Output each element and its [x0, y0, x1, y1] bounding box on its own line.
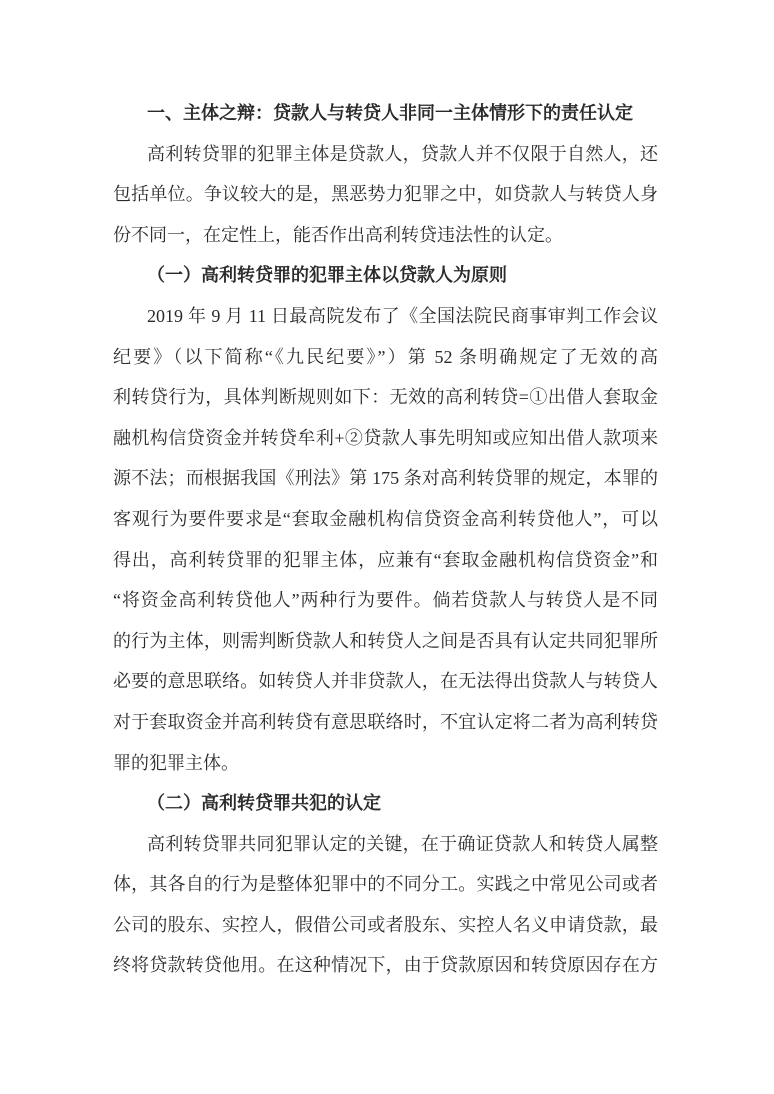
text-line: 客观行为要件要求是“套取金融机构信贷资金高利转贷他人”，可以 — [113, 499, 658, 540]
text-line: 包括单位。争议较大的是，黑恶势力犯罪之中，如贷款人与转贷人身 — [113, 174, 658, 215]
text-line: 得出，高利转贷罪的犯罪主体，应兼有“套取金融机构信贷资金”和 — [113, 540, 658, 581]
text-line: 利转贷行为，具体判断规则如下：无效的高利转贷=①出借人套取金 — [113, 377, 658, 418]
text-line: 份不同一，在定性上，能否作出高利转贷违法性的认定。 — [113, 215, 658, 256]
text-line: 的行为主体，则需判断贷款人和转贷人之间是否具有认定共同犯罪所 — [113, 621, 658, 662]
section-heading-1: （一）高利转贷罪的犯罪主体以贷款人为原则 — [113, 255, 658, 296]
section-heading-2: （二）高利转贷罪共犯的认定 — [113, 783, 658, 824]
text-line: 体，其各自的行为是整体犯罪中的不同分工。实践之中常见公司或者 — [113, 864, 658, 905]
text-line: 高利转贷罪的犯罪主体是贷款人，贷款人并不仅限于自然人，还 — [113, 134, 658, 175]
text-line: 2019 年 9 月 11 日最高院发布了《全国法院民商事审判工作会议 — [113, 296, 658, 337]
text-line: 必要的意思联络。如转贷人并非贷款人，在无法得出贷款人与转贷人 — [113, 661, 658, 702]
text-line: 终将贷款转贷他用。在这种情况下，由于贷款原因和转贷原因存在方 — [113, 945, 658, 986]
text-line: 高利转贷罪共同犯罪认定的关键，在于确证贷款人和转贷人属整 — [113, 824, 658, 865]
text-line: 公司的股东、实控人，假借公司或者股东、实控人名义申请贷款，最 — [113, 905, 658, 946]
document-text-block: 一、主体之辩：贷款人与转贷人非同一主体情形下的责任认定 高利转贷罪的犯罪主体是贷… — [113, 93, 658, 986]
text-line: 罪的犯罪主体。 — [113, 743, 658, 784]
text-line: 纪要》（以下简称“《九民纪要》”）第 52 条明确规定了无效的高 — [113, 337, 658, 378]
text-line: 对于套取资金并高利转贷有意思联络时，不宜认定将二者为高利转贷 — [113, 702, 658, 743]
text-line: 融机构信贷资金并转贷牟利+②贷款人事先明知或应知出借人款项来 — [113, 418, 658, 459]
text-line: 源不法；而根据我国《刑法》第 175 条对高利转贷罪的规定，本罪的 — [113, 458, 658, 499]
document-title: 一、主体之辩：贷款人与转贷人非同一主体情形下的责任认定 — [113, 93, 658, 134]
text-line: “将资金高利转贷他人”两种行为要件。倘若贷款人与转贷人是不同 — [113, 580, 658, 621]
document-page: 一、主体之辩：贷款人与转贷人非同一主体情形下的责任认定 高利转贷罪的犯罪主体是贷… — [0, 0, 774, 1094]
